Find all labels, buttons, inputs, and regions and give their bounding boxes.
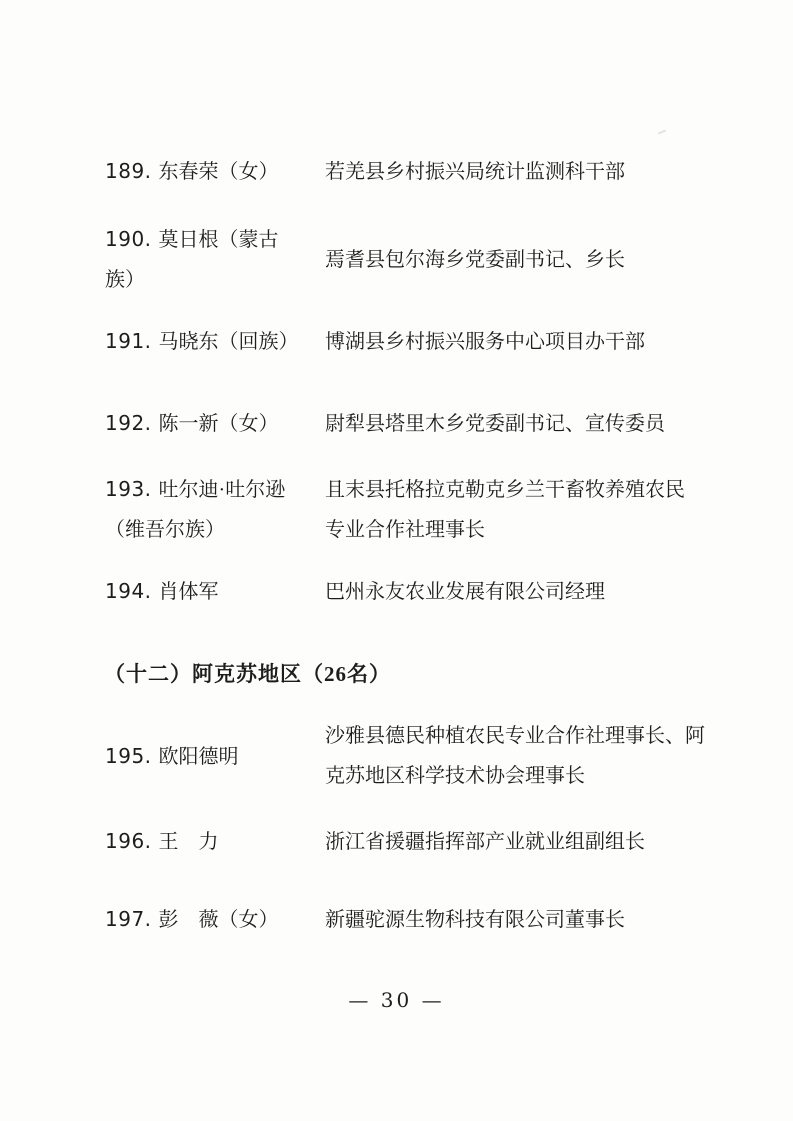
entry-description: 新疆驼源生物科技有限公司董事长 (325, 900, 745, 940)
entry-number: 197. (105, 907, 152, 931)
entry-name: 肖体军 (159, 581, 219, 603)
entry-description: 尉犁县塔里木乡党委副书记、宣传委员 (325, 404, 745, 444)
entry-number: 196. (105, 829, 152, 853)
entry-description: 且末县托格拉克勒克乡兰干畜牧养殖农民 专业合作社理事长 (325, 470, 745, 550)
entry-description: 巴州永友农业发展有限公司经理 (325, 572, 745, 612)
scan-artifact (658, 129, 666, 134)
entry-name: 王 力 (159, 831, 219, 853)
list-entry: 193.吐尔迪·吐尔逊 （维吾尔族） 且末县托格拉克勒克乡兰干畜牧养殖农民 专业… (105, 469, 745, 550)
entry-number: 193. (105, 477, 152, 501)
entry-number: 195. (105, 744, 152, 768)
list-entry: 195.欧阳德明 沙雅县德民种植农民专业合作社理事长、阿 克苏地区科学技术协会理… (105, 716, 745, 796)
entry-name-cell: 190.莫日根（蒙古 族） (105, 219, 325, 300)
page-number: — 30 — (0, 986, 793, 1014)
entry-description: 博湖县乡村振兴服务中心项目办干部 (325, 322, 745, 362)
document-page: 189.东春荣（女） 若羌县乡村振兴局统计监测科干部 190.莫日根（蒙古 族）… (0, 0, 793, 1121)
entry-name-cell: 195.欧阳德明 (105, 736, 325, 777)
entry-number: 189. (105, 159, 152, 183)
entry-name: 彭 薇（女） (159, 909, 279, 931)
entry-name-cell: 191.马晓东（回族） (105, 321, 325, 362)
list-entry: 192.陈一新（女） 尉犁县塔里木乡党委副书记、宣传委员 (105, 403, 745, 444)
entry-description: 沙雅县德民种植农民专业合作社理事长、阿 克苏地区科学技术协会理事长 (325, 716, 745, 796)
list-entry: 190.莫日根（蒙古 族） 焉耆县包尔海乡党委副书记、乡长 (105, 219, 745, 300)
entry-name: 东春荣（女） (159, 161, 279, 183)
entry-description: 浙江省援疆指挥部产业就业组副组长 (325, 822, 745, 862)
entry-number: 194. (105, 579, 152, 603)
entry-name-cell: 193.吐尔迪·吐尔逊 （维吾尔族） (105, 469, 325, 550)
entry-description: 若羌县乡村振兴局统计监测科干部 (325, 152, 745, 192)
entry-name-cell: 196.王 力 (105, 821, 325, 862)
list-entry: 196.王 力 浙江省援疆指挥部产业就业组副组长 (105, 821, 745, 862)
entry-name-cell: 189.东春荣（女） (105, 151, 325, 192)
entry-number: 190. (105, 227, 152, 251)
entry-name: 欧阳德明 (159, 746, 239, 768)
entry-name-cell: 197.彭 薇（女） (105, 899, 325, 940)
entry-description: 焉耆县包尔海乡党委副书记、乡长 (325, 240, 745, 280)
entry-name: 陈一新（女） (159, 413, 279, 435)
section-heading: （十二）阿克苏地区（26名） (104, 654, 391, 694)
list-entry: 197.彭 薇（女） 新疆驼源生物科技有限公司董事长 (105, 899, 745, 940)
list-entry: 191.马晓东（回族） 博湖县乡村振兴服务中心项目办干部 (105, 321, 745, 362)
entry-number: 191. (105, 329, 152, 353)
entry-name-cell: 194.肖体军 (105, 571, 325, 612)
list-entry: 189.东春荣（女） 若羌县乡村振兴局统计监测科干部 (105, 151, 745, 192)
entry-number: 192. (105, 411, 152, 435)
entry-name-cell: 192.陈一新（女） (105, 403, 325, 444)
entry-name: 马晓东（回族） (159, 331, 299, 353)
list-entry: 194.肖体军 巴州永友农业发展有限公司经理 (105, 571, 745, 612)
